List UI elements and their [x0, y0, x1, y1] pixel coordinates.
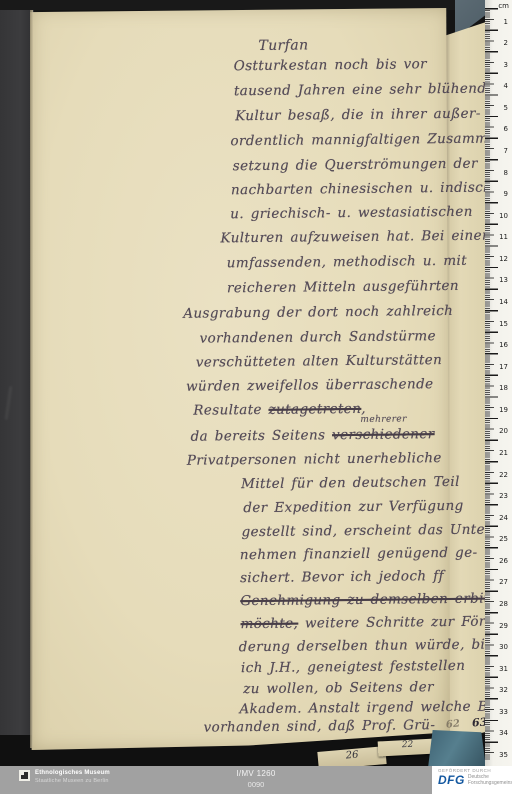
handwriting-line: umfassenden, methodisch u. mit	[227, 253, 467, 272]
ruler-number: 10	[493, 212, 508, 220]
text-segment: ich J.H., geneigtest feststellen	[241, 658, 465, 676]
text-segment: gestellt sind, erscheint das Unter-	[241, 521, 496, 540]
text-segment: Turfan	[258, 37, 308, 54]
text-segment: reicheren Mitteln ausgeführten	[227, 278, 459, 296]
ruler-number: 28	[493, 600, 508, 608]
ruler-number: 12	[493, 255, 508, 263]
text-segment: Ausgrabung der dort noch zahlreich	[183, 303, 453, 322]
loose-page-number: 22	[402, 740, 414, 751]
handwriting-line: nehmen finanziell genügend ge-	[240, 545, 478, 563]
handwriting-line: Ostturkestan noch bis vor	[234, 56, 427, 74]
handwriting-line: verschütteten alten Kulturstätten	[196, 352, 443, 371]
text-segment: zu wollen, ob Seitens der	[243, 679, 434, 697]
ruler-number: 19	[493, 406, 508, 414]
handwriting-line: Resultate zutagetreten,	[193, 401, 366, 419]
handwriting-line: ordentlich mannigfaltigen Zusammen-	[230, 130, 510, 149]
loose-page-corner: 22	[378, 738, 437, 756]
handwriting-line: ich J.H., geneigtest feststellen	[241, 658, 465, 676]
handwriting-line: reicheren Mitteln ausgeführten	[227, 278, 459, 296]
text-segment: vorhandenen durch Sandstürme	[199, 328, 436, 346]
dfg-logo: DFG	[438, 774, 465, 786]
handwriting-line: sichert. Bevor ich jedoch ff	[240, 568, 444, 586]
text-segment: setzung die Querströmungen der be-	[233, 155, 507, 174]
ruler-number: 1	[493, 18, 508, 26]
ruler-number: 14	[493, 298, 508, 306]
text-segment: verschütteten alten Kulturstätten	[196, 352, 443, 371]
ruler-unit-label: cm	[498, 2, 509, 10]
ruler-number: 25	[493, 535, 508, 543]
ruler-number: 5	[493, 104, 508, 112]
handwriting-line: Akadem. Anstalt irgend welche Bedenken	[239, 698, 512, 717]
ruler-number: 24	[493, 514, 508, 522]
ruler-number: 29	[493, 622, 508, 630]
text-segment: weitere Schritte zur För-	[298, 614, 491, 632]
handwriting-line: Kultur besaß, die in ihrer außer-	[235, 106, 481, 125]
ruler-number: 16	[493, 341, 508, 349]
ruler-number: 32	[493, 686, 508, 694]
struck-text-segment: verschiedener	[332, 426, 435, 443]
text-segment: vorhanden sind, daß Prof. Grü-	[204, 717, 436, 735]
ruler-number: 9	[493, 190, 508, 198]
ruler-number: 30	[493, 643, 508, 651]
text-segment: Resultate	[193, 402, 268, 419]
handwriting-line: da bereits Seitens verschiedener	[190, 426, 434, 445]
funding-org-name: Deutsche Forschungsgemeinschaft	[468, 774, 512, 786]
ruler-number: 23	[493, 492, 508, 500]
handwriting-line: nachbarten chinesischen u. indischen	[231, 179, 510, 198]
handwriting-line: möchte, weitere Schritte zur För-	[240, 614, 490, 633]
ruler-number: 31	[493, 665, 508, 673]
handwriting-line: vorhanden sind, daß Prof. Grü-	[204, 717, 436, 735]
text-segment: tausend Jahren eine sehr blühende	[234, 80, 495, 99]
text-segment: nachbarten chinesischen u. indischen	[231, 179, 510, 198]
text-segment: u. griechisch- u. westasiatischen	[230, 204, 473, 223]
text-segment: Akadem. Anstalt irgend welche Bedenken	[239, 698, 512, 717]
handwriting-line: Ausgrabung der dort noch zahlreich	[183, 303, 453, 322]
ruler-number: 17	[493, 363, 508, 371]
text-segment: Kulturen aufzuweisen hat. Bei einer	[220, 228, 489, 247]
text-segment: sichert. Bevor ich jedoch ff	[240, 568, 444, 586]
funding-org-line2: Forschungsgemeinschaft	[468, 780, 512, 786]
folio-number-pencil: 62	[445, 718, 460, 730]
archive-scan-page: TurfanOstturkestan noch bis vortausend J…	[0, 0, 512, 794]
text-segment: derung derselben thun würde, bitte	[239, 636, 506, 655]
handwriting-line: u. griechisch- u. westasiatischen	[230, 204, 473, 223]
ruler-number: 33	[493, 708, 508, 716]
handwriting-line: Privatpersonen nicht unerhebliche	[187, 450, 442, 469]
ruler-number: 34	[493, 729, 508, 737]
handwriting-line: Mittel für den deutschen Teil	[241, 474, 460, 492]
handwriting-line: der Expedition zur Verfügung	[243, 498, 464, 516]
ruler-number: 35	[493, 751, 508, 759]
ruler-number: 18	[493, 384, 508, 392]
text-segment: Privatpersonen nicht unerhebliche	[187, 450, 442, 469]
funding-row: DFG Deutsche Forschungsgemeinschaft	[438, 774, 512, 786]
ruler-number: 7	[493, 147, 508, 155]
text-segment: Ostturkestan noch bis vor	[234, 56, 427, 74]
measuring-ruler: cm 1234567891011121314151617181920212223…	[485, 0, 512, 766]
struck-text-segment: Genehmigung zu demselben erbit-	[240, 591, 495, 610]
handwriting-line: vorhandenen durch Sandstürme	[199, 328, 436, 346]
handwriting-line: Genehmigung zu demselben erbit-	[240, 591, 495, 610]
handwriting-line: zu wollen, ob Seitens der	[243, 679, 434, 697]
text-segment: würden zweifellos überraschende	[186, 376, 434, 395]
ruler-number: 13	[493, 276, 508, 284]
text-segment: Mittel für den deutschen Teil	[241, 474, 460, 492]
ruler-number: 26	[493, 557, 508, 565]
handwriting-line: Kulturen aufzuweisen hat. Bei einer	[220, 228, 489, 247]
handwriting-line: würden zweifellos überraschende	[186, 376, 434, 395]
ruler-number: 20	[493, 427, 508, 435]
text-segment: ordentlich mannigfaltigen Zusammen-	[230, 130, 510, 149]
text-segment: nehmen finanziell genügend ge-	[240, 545, 478, 563]
text-segment: umfassenden, methodisch u. mit	[227, 253, 467, 272]
ruler-number: 21	[493, 449, 508, 457]
handwriting-line: mehrerer	[360, 414, 407, 424]
handwriting-line: Turfan	[258, 37, 308, 54]
loose-page-number: 26	[345, 749, 359, 761]
struck-text-segment: zutagetreten	[268, 401, 361, 418]
ruler-number: 4	[493, 82, 508, 90]
text-segment: da bereits Seitens	[190, 427, 332, 444]
ruler-number: 8	[493, 169, 508, 177]
text-segment: Kultur besaß, die in ihrer außer-	[235, 106, 481, 125]
ruler-number: 2	[493, 39, 508, 47]
ruler-number: 11	[493, 233, 508, 241]
ruler-number: 6	[493, 125, 508, 133]
book-cover-fabric	[428, 730, 486, 768]
handwriting-line: gestellt sind, erscheint das Unter-	[241, 521, 496, 540]
handwriting-line: derung derselben thun würde, bitte	[239, 636, 506, 655]
text-segment: der Expedition zur Verfügung	[243, 498, 464, 516]
ruler-number: 22	[493, 471, 508, 479]
handwriting-layer: TurfanOstturkestan noch bis vortausend J…	[0, 0, 512, 769]
ruler-number: 27	[493, 578, 508, 586]
handwriting-line: setzung die Querströmungen der be-	[233, 155, 507, 174]
struck-text-segment: möchte,	[240, 616, 298, 633]
handwriting-line: tausend Jahren eine sehr blühende	[234, 80, 495, 99]
ruler-number: 3	[493, 61, 508, 69]
text-segment: mehrerer	[360, 414, 407, 424]
ruler-number: 15	[493, 320, 508, 328]
funding-block: GEFÖRDERT DURCH DFG Deutsche Forschungsg…	[432, 766, 512, 794]
